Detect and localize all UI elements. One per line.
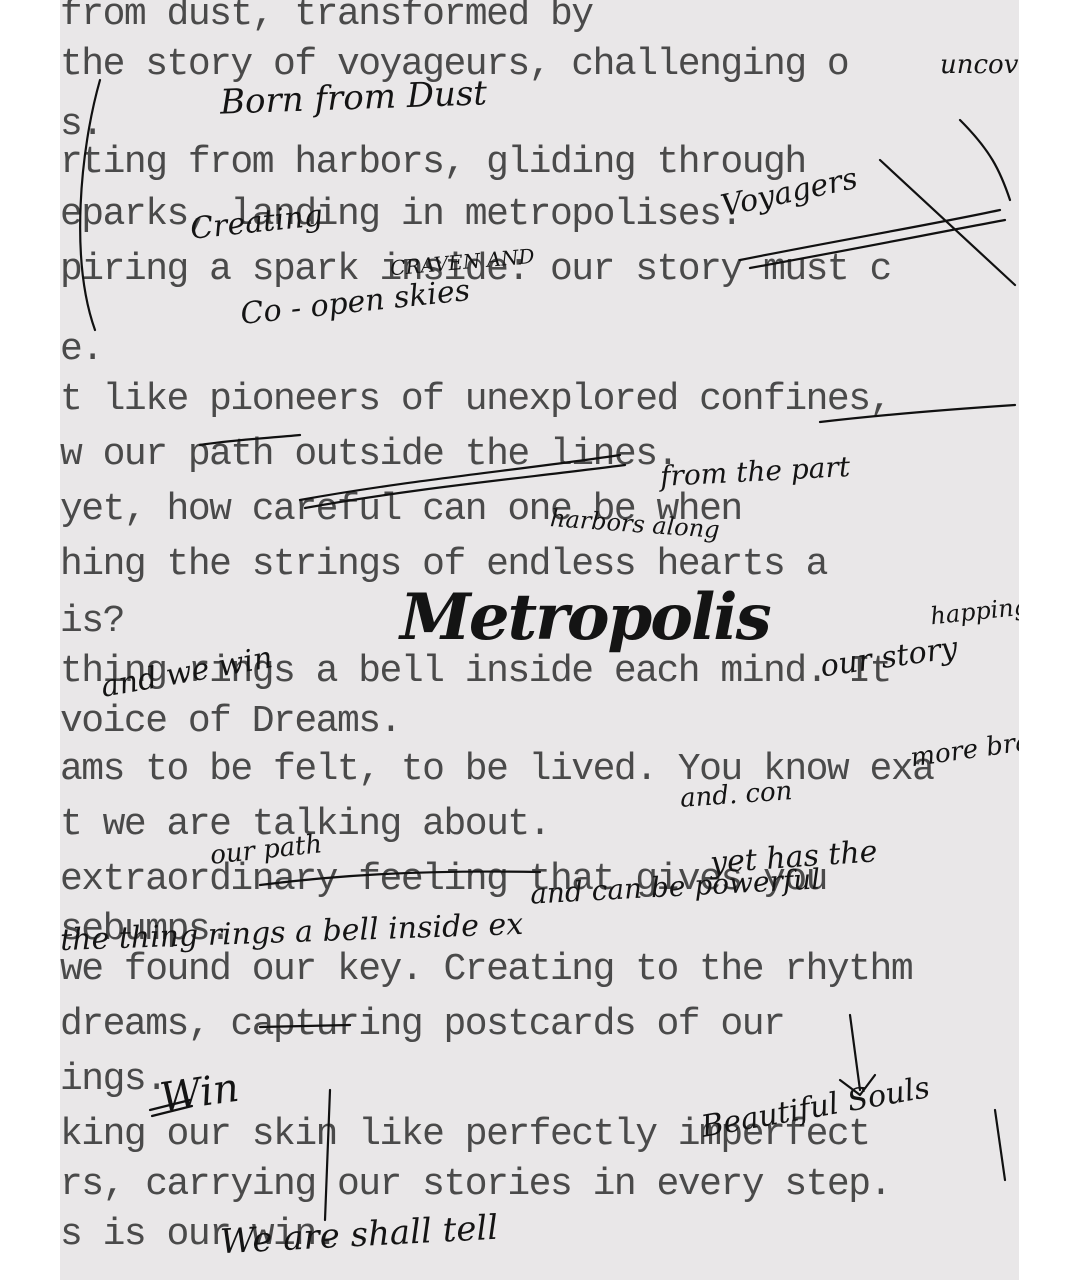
typed-line-21: ings. [60,1055,167,1105]
typed-line-23: rs, carrying our stories in every step. [60,1160,891,1210]
manuscript-page: from dust, transformed by the story of v… [60,0,1019,1280]
typed-line-5: eparks, landing in metropolises. [60,190,742,240]
handwriting-metropolis: Metropolis [400,580,770,655]
handwriting-born-from-dust: Born from Dust [219,73,487,122]
typed-line-8: t like pioneers of unexplored confines, [60,375,891,425]
typed-line-14: voice of Dreams. [60,697,401,747]
typed-line-7: e. [60,325,103,375]
typed-line-15: ams to be felt, to be lived. You know ex… [60,745,933,795]
typed-line-1: from dust, transformed by [60,0,593,40]
typed-line-20: dreams, capturing postcards of our [60,1000,784,1050]
typed-line-9: w our path outside the lines. [60,430,678,480]
handwriting-uncover: uncover hor [940,50,1019,80]
typed-line-12: is? [60,597,124,647]
handwriting-from-the-part: from the part [659,450,851,493]
handwriting-and-con: and. con [679,776,793,814]
handwriting-happing: happing a z [929,588,1019,631]
typed-line-4: rting from harbors, gliding through [60,138,806,188]
handwriting-more-bra: more bra [909,727,1019,774]
